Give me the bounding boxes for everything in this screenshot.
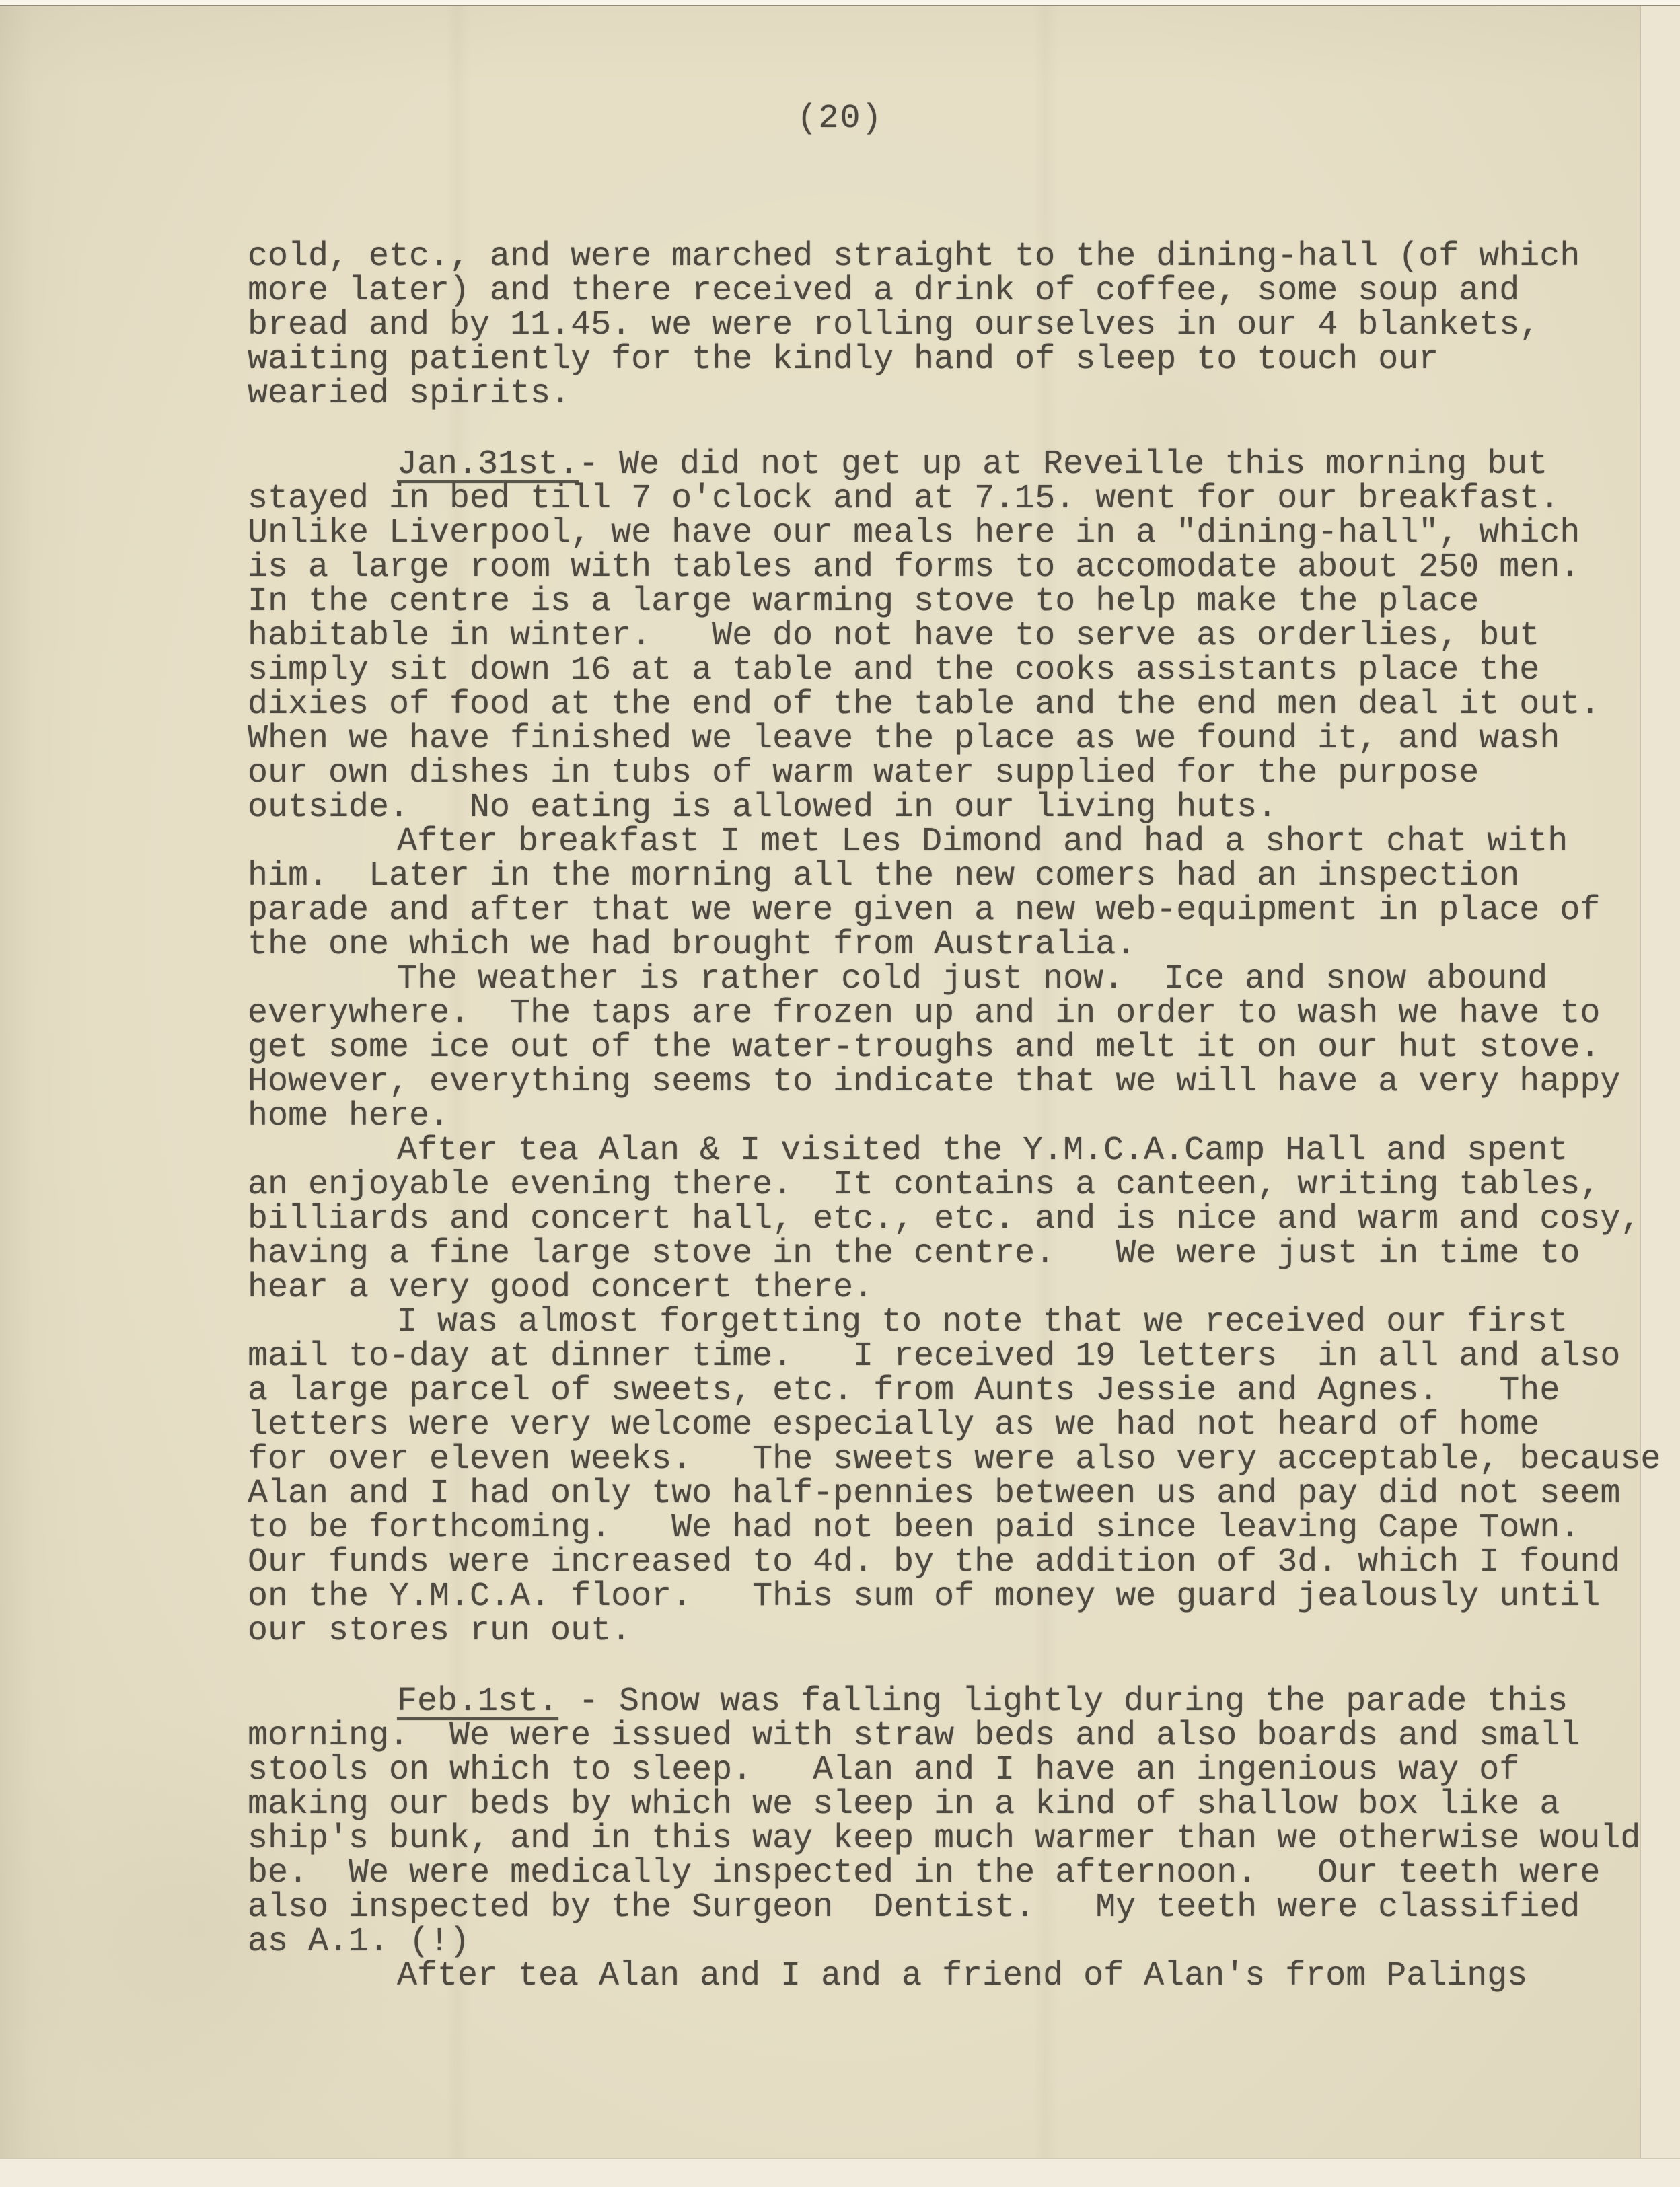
text-line: Alan and I had only two half-pennies bet… <box>248 1477 1658 1511</box>
paragraph: After breakfast I met Les Dimond and had… <box>248 825 1658 962</box>
text-line: as A.1. (!) <box>248 1925 1658 1959</box>
entry-date: Feb.1st. <box>397 1682 558 1721</box>
text-segment: - Snow was falling lightly during the pa… <box>558 1682 1568 1721</box>
text-line: Our funds were increased to 4d. by the a… <box>248 1545 1658 1580</box>
text-line: making our beds by which we sleep in a k… <box>248 1787 1658 1822</box>
text-line: In the centre is a large warming stove t… <box>248 585 1658 619</box>
paragraph: cold, etc., and were marched straight to… <box>248 239 1658 411</box>
text-line: habitable in winter. We do not have to s… <box>248 619 1658 653</box>
page-text: cold, etc., and were marched straight to… <box>248 239 1658 1993</box>
text-line: After tea Alan and I and a friend of Ala… <box>248 1959 1658 1993</box>
text-line: morning. We were issued with straw beds … <box>248 1719 1658 1753</box>
text-line: However, everything seems to indicate th… <box>248 1065 1658 1099</box>
text-line: Unlike Liverpool, we have our meals here… <box>248 516 1658 550</box>
text-line: After breakfast I met Les Dimond and had… <box>248 825 1658 859</box>
diary-page-scan: (20) cold, etc., and were marched straig… <box>0 0 1680 2187</box>
text-line: for over eleven weeks. The sweets were a… <box>248 1442 1658 1477</box>
entry-heading-line: Jan.31st.- We did not get up at Reveille… <box>248 447 1658 482</box>
text-line: stayed in bed till 7 o'clock and at 7.15… <box>248 482 1658 516</box>
text-line: outside. No eating is allowed in our liv… <box>248 790 1658 825</box>
page-number: (20) <box>0 100 1680 138</box>
entry-heading-line: Feb.1st. - Snow was falling lightly duri… <box>248 1684 1658 1719</box>
text-line: get some ice out of the water-troughs an… <box>248 1031 1658 1065</box>
page-top-edge <box>0 0 1680 6</box>
text-line: When we have finished we leave the place… <box>248 722 1658 756</box>
paragraph: After tea Alan and I and a friend of Ala… <box>248 1959 1658 1993</box>
text-line: After tea Alan & I visited the Y.M.C.A.C… <box>248 1134 1658 1168</box>
text-line: The weather is rather cold just now. Ice… <box>248 962 1658 996</box>
text-line: billiards and concert hall, etc., etc. a… <box>248 1202 1658 1236</box>
text-segment: - We did not get up at Reveille this mor… <box>579 445 1547 484</box>
text-line: ship's bunk, and in this way keep much w… <box>248 1822 1658 1856</box>
text-line: more later) and there received a drink o… <box>248 274 1658 308</box>
text-line: mail to-day at dinner time. I received 1… <box>248 1339 1658 1374</box>
paragraph: The weather is rather cold just now. Ice… <box>248 962 1658 1134</box>
text-line: simply sit down 16 at a table and the co… <box>248 653 1658 688</box>
text-line: to be forthcoming. We had not been paid … <box>248 1511 1658 1545</box>
text-line: a large parcel of sweets, etc. from Aunt… <box>248 1374 1658 1408</box>
text-line: dixies of food at the end of the table a… <box>248 688 1658 722</box>
paragraph: After tea Alan & I visited the Y.M.C.A.C… <box>248 1134 1658 1305</box>
text-line: wearied spirits. <box>248 377 1658 411</box>
text-line: hear a very good concert there. <box>248 1271 1658 1305</box>
text-line: also inspected by the Surgeon Dentist. M… <box>248 1890 1658 1925</box>
text-line: bread and by 11.45. we were rolling ours… <box>248 308 1658 342</box>
text-line: be. We were medically inspected in the a… <box>248 1856 1658 1890</box>
text-line: is a large room with tables and forms to… <box>248 550 1658 585</box>
text-line: I was almost forgetting to note that we … <box>248 1305 1658 1339</box>
text-line: having a fine large stove in the centre.… <box>248 1236 1658 1271</box>
text-line: our stores run out. <box>248 1614 1658 1648</box>
text-line: an enjoyable evening there. It contains … <box>248 1168 1658 1202</box>
paragraph: Jan.31st.- We did not get up at Reveille… <box>248 447 1658 825</box>
text-line: stools on which to sleep. Alan and I hav… <box>248 1753 1658 1787</box>
text-line: the one which we had brought from Austra… <box>248 928 1658 962</box>
entry-date: Jan.31st. <box>397 445 579 484</box>
text-line: parade and after that we were given a ne… <box>248 893 1658 928</box>
paragraph: Feb.1st. - Snow was falling lightly duri… <box>248 1684 1658 1959</box>
text-line: everywhere. The taps are frozen up and i… <box>248 996 1658 1031</box>
text-line: cold, etc., and were marched straight to… <box>248 239 1658 274</box>
text-line: him. Later in the morning all the new co… <box>248 859 1658 893</box>
paragraph: I was almost forgetting to note that we … <box>248 1305 1658 1648</box>
text-line: our own dishes in tubs of warm water sup… <box>248 756 1658 790</box>
page-bottom-edge <box>0 2158 1680 2187</box>
text-line: waiting patiently for the kindly hand of… <box>248 342 1658 377</box>
text-line: home here. <box>248 1099 1658 1134</box>
text-line: letters were very welcome especially as … <box>248 1408 1658 1442</box>
text-line: on the Y.M.C.A. floor. This sum of money… <box>248 1580 1658 1614</box>
